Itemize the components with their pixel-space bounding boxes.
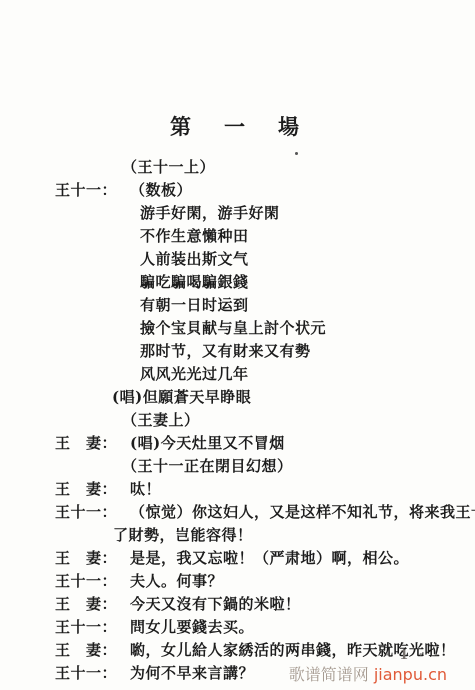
script-line: 騙吃騙喝騙銀錢 (140, 271, 470, 294)
page-number-dot-right: · (418, 648, 433, 663)
script-line: 王 妻：今天又沒有下鍋的米啦！ (55, 593, 470, 616)
line-text: 为何不早来言講？ (130, 664, 254, 682)
script-line: 王 妻：呔！ (55, 478, 470, 501)
scanned-script-page: 第 一 場 （王十一上）王十一：（数板）游手好閑，游手好閑不作生意懶种田人前装出… (0, 0, 475, 690)
script-line: 不作生意懶种田 (140, 225, 470, 248)
line-text: 撿个宝貝献与皇上討个状元 (140, 319, 326, 337)
print-stray-mark (295, 152, 298, 155)
script-line: 游手好閑，游手好閑 (140, 202, 470, 225)
line-text: （惊觉）你这妇人，又是这样不知礼节，将来我王十一有 (130, 503, 475, 521)
script-line: 王十一：（惊觉）你这妇人，又是这样不知礼节，将来我王十一有 (55, 501, 470, 524)
line-text: 不作生意懶种田 (140, 227, 249, 245)
line-text: 游手好閑，游手好閑 (140, 204, 280, 222)
script-line: 了財勢，岂能容得！ (113, 524, 470, 547)
page-number: ·1· (385, 648, 433, 663)
script-line: 王十一：（数板） (55, 179, 470, 202)
line-text: (唱)但願蒼天早睁眼 (112, 388, 251, 406)
watermark-site-url: jianpu.cn (374, 665, 447, 684)
line-text: 风风光光过几年 (140, 365, 249, 383)
script-line: 有朝一日时运到 (140, 294, 470, 317)
line-text: （王十一正在閉目幻想） (122, 457, 293, 475)
line-text: 今天又沒有下鍋的米啦！ (130, 595, 301, 613)
page-content: 第 一 場 （王十一上）王十一：（数板）游手好閑，游手好閑不作生意懶种田人前装出… (55, 112, 470, 685)
script-line: 王十一：夫人。何事？ (55, 570, 470, 593)
page-number-dot-left: · (385, 648, 400, 663)
line-text: （王妻上） (122, 411, 200, 429)
speaker-label: 王十一： (55, 501, 130, 524)
script-lines: （王十一上）王十一：（数板）游手好閑，游手好閑不作生意懶种田人前装出斯文气騙吃騙… (55, 156, 470, 685)
line-text: 騙吃騙喝騙銀錢 (140, 273, 249, 291)
stage-direction: （王妻上） (122, 409, 470, 432)
line-text: (唱)今天灶里又不冒烟 (130, 434, 285, 452)
watermark: 歌谱简谱网 jianpu.cn (289, 662, 447, 685)
scene-title: 第 一 場 (55, 112, 420, 142)
line-text: 人前装出斯文气 (140, 250, 249, 268)
script-line: 风风光光过几年 (140, 363, 470, 386)
watermark-site-name: 歌谱简谱网 (289, 665, 369, 684)
page-number-value: 1 (399, 648, 418, 663)
speaker-label: 王十一： (55, 662, 130, 685)
line-text: 有朝一日时运到 (140, 296, 249, 314)
line-text: 呔！ (130, 480, 161, 498)
line-text: 夫人。何事？ (130, 572, 223, 590)
speaker-label: 王 妻： (55, 547, 130, 570)
speaker-label: 王十一： (55, 179, 130, 202)
script-line: 王 妻：是是，我又忘啦！（严肃地）啊，相公。 (55, 547, 470, 570)
script-line: 人前装出斯文气 (140, 248, 470, 271)
line-text: 那时节，又有財来又有勢 (140, 342, 311, 360)
speaker-label: 王 妻： (55, 432, 130, 455)
line-text: 了財勢，岂能容得！ (113, 526, 253, 544)
line-text: 問女儿要錢去买。 (130, 618, 254, 636)
script-line: 那时节，又有財来又有勢 (140, 340, 470, 363)
speaker-label: 王十一： (55, 616, 130, 639)
stage-direction: （王十一正在閉目幻想） (122, 455, 470, 478)
line-text: （王十一上） (122, 158, 215, 176)
line-text: （数板） (130, 181, 192, 199)
script-line: 王 妻：(唱)今天灶里又不冒烟 (55, 432, 470, 455)
script-line: (唱)但願蒼天早睁眼 (112, 386, 470, 409)
speaker-label: 王 妻： (55, 478, 130, 501)
speaker-label: 王 妻： (55, 639, 130, 662)
speaker-label: 王 妻： (55, 593, 130, 616)
stage-direction: （王十一上） (122, 156, 470, 179)
script-line: 王十一：問女儿要錢去买。 (55, 616, 470, 639)
speaker-label: 王十一： (55, 570, 130, 593)
script-line: 撿个宝貝献与皇上討个状元 (140, 317, 470, 340)
line-text: 是是，我又忘啦！（严肃地）啊，相公。 (130, 549, 409, 567)
